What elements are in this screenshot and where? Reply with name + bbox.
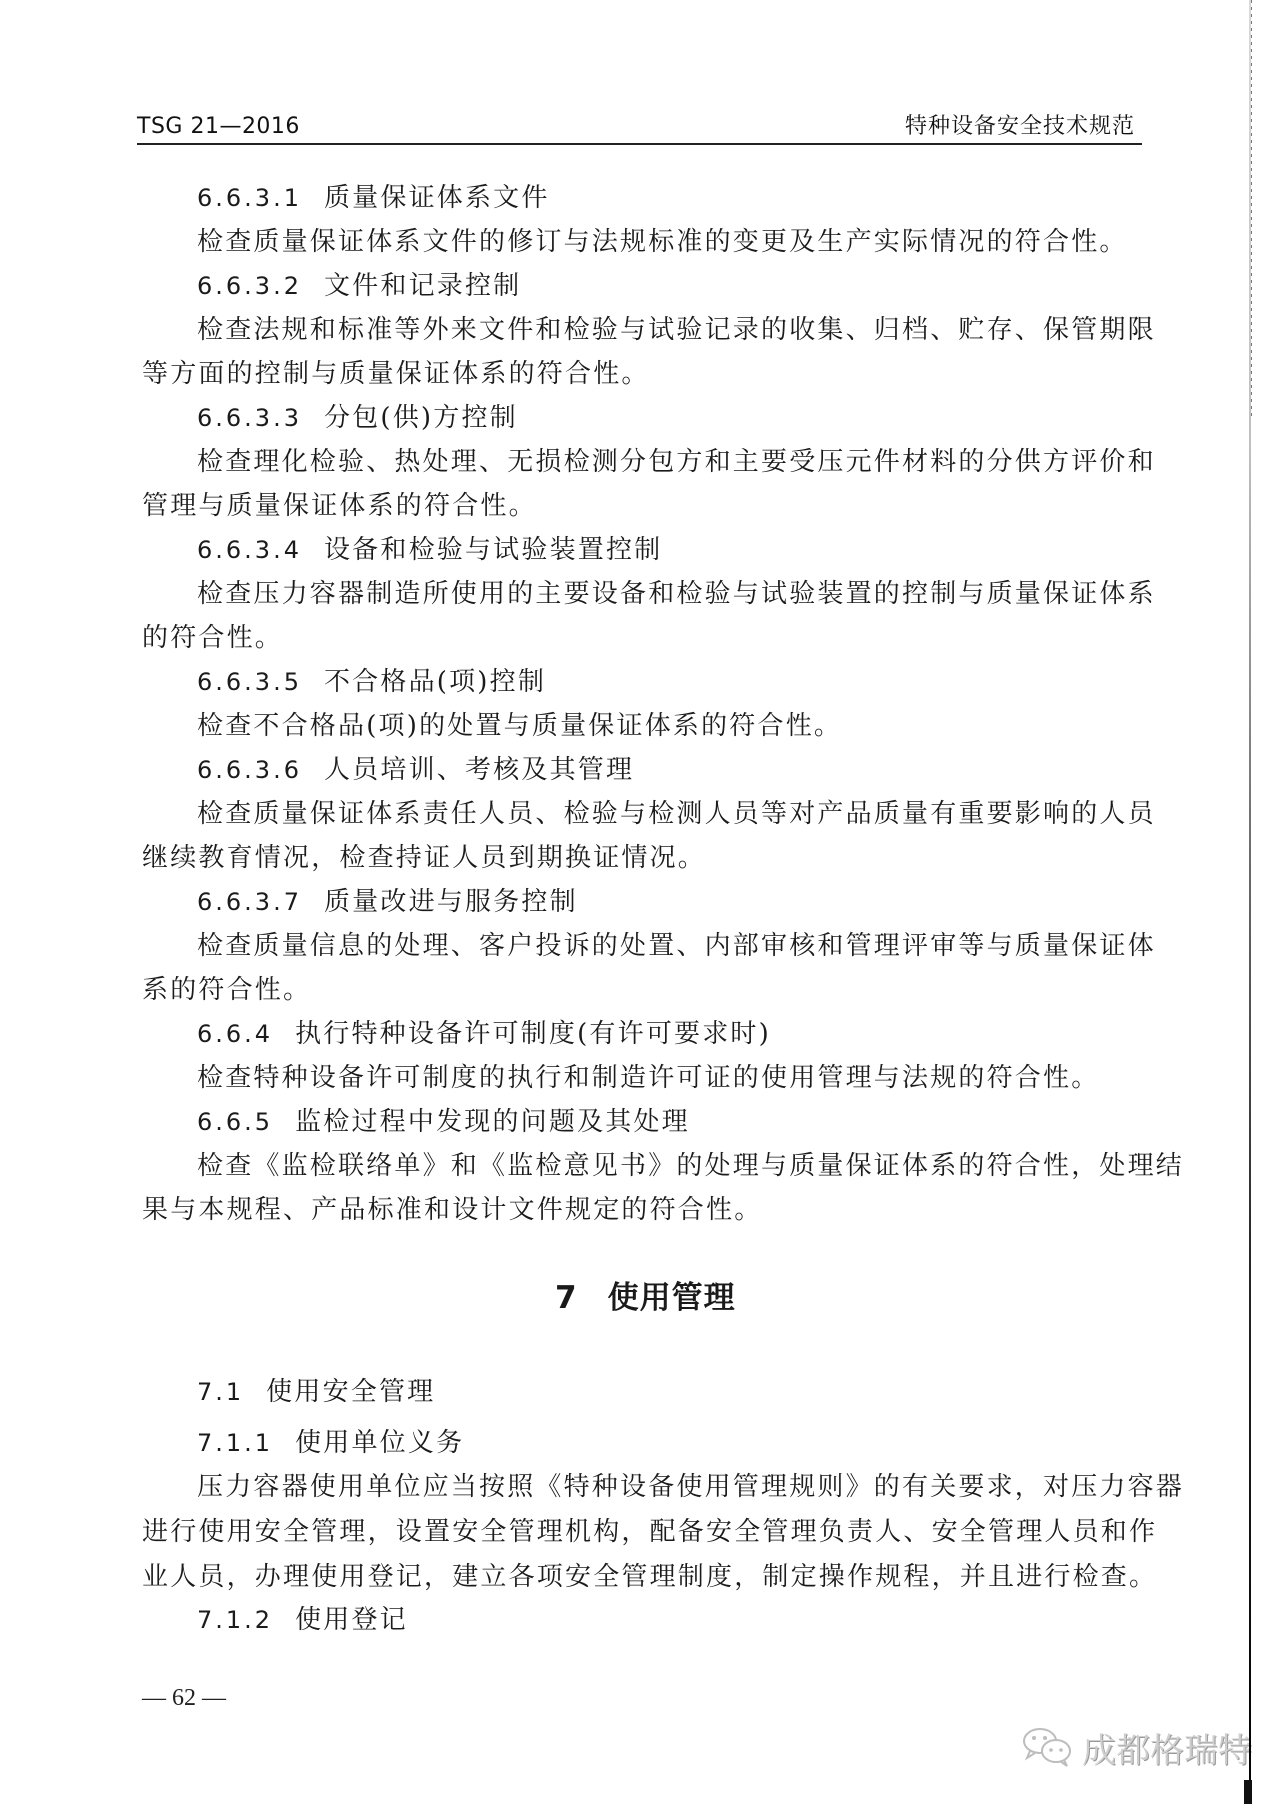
section-number: 6.6.3.7 [197, 888, 302, 916]
page-number: — 62 — [142, 1682, 226, 1714]
scan-edge-dots [1251, 0, 1252, 420]
section-title: 不合格品(项)控制 [324, 667, 546, 697]
chapter-number: 7 [555, 1280, 578, 1316]
paragraph-line: 等方面的控制与质量保证体系的符合性。 [142, 354, 650, 394]
paragraph-line: 检查《监检联络单》和《监检意见书》的处理与质量保证体系的符合性，处理结 [197, 1146, 1184, 1186]
section-number: 6.6.3.4 [197, 536, 302, 564]
section-number: 6.6.5 [197, 1108, 273, 1136]
section-number: 7.1.1 [197, 1429, 273, 1457]
paragraph-line: 检查质量信息的处理、客户投诉的处置、内部审核和管理评审等与质量保证体 [197, 926, 1156, 966]
paragraph-line: 的符合性。 [142, 618, 283, 658]
section-number: 6.6.3.3 [197, 404, 302, 432]
paragraph-line: 检查不合格品(项)的处置与质量保证体系的符合性。 [197, 706, 842, 746]
section-title: 设备和检验与试验装置控制 [324, 535, 662, 565]
section-heading: 6.6.3.3分包(供)方控制 [197, 398, 518, 438]
section-title: 文件和记录控制 [324, 271, 521, 301]
section-title: 质量保证体系文件 [324, 183, 550, 213]
section-title: 使用登记 [295, 1605, 408, 1635]
section-heading: 6.6.4执行特种设备许可制度(有许可要求时) [197, 1014, 771, 1054]
section-title: 分包(供)方控制 [324, 403, 518, 433]
scan-edge-mark [1244, 1780, 1252, 1804]
section-title: 使用单位义务 [295, 1428, 464, 1458]
section-number: 6.6.3.2 [197, 272, 302, 300]
section-title: 质量改进与服务控制 [324, 887, 578, 917]
header-rule [137, 143, 1142, 145]
section-heading: 7.1使用安全管理 [197, 1372, 435, 1412]
section-heading: 6.6.3.7质量改进与服务控制 [197, 882, 578, 922]
paragraph-line: 检查法规和标准等外来文件和检验与试验记录的收集、归档、贮存、保管期限 [197, 310, 1156, 350]
section-title: 监检过程中发现的问题及其处理 [295, 1107, 690, 1137]
paragraph-line: 检查质量保证体系文件的修订与法规标准的变更及生产实际情况的符合性。 [197, 222, 1128, 262]
section-number: 6.6.4 [197, 1020, 273, 1048]
paragraph-line: 检查质量保证体系责任人员、检验与检测人员等对产品质量有重要影响的人员 [197, 794, 1156, 834]
section-heading: 6.6.3.4设备和检验与试验装置控制 [197, 530, 662, 570]
section-heading: 6.6.5监检过程中发现的问题及其处理 [197, 1102, 690, 1142]
paragraph-line: 果与本规程、产品标准和设计文件规定的符合性。 [142, 1190, 762, 1230]
section-heading: 7.1.2使用登记 [197, 1600, 408, 1640]
paragraph-line: 检查压力容器制造所使用的主要设备和检验与试验装置的控制与质量保证体系 [197, 574, 1156, 614]
watermark: 成都格瑞特 [1022, 1727, 1252, 1767]
section-number: 7.1 [197, 1378, 244, 1406]
document-page: TSG 21—2016 特种设备安全技术规范 6.6.3.1质量保证体系文件 检… [0, 0, 1280, 1804]
section-title: 人员培训、考核及其管理 [324, 755, 634, 785]
paragraph-line: 检查特种设备许可制度的执行和制造许可证的使用管理与法规的符合性。 [197, 1058, 1099, 1098]
paragraph-line: 进行使用安全管理，设置安全管理机构，配备安全管理负责人、安全管理人员和作 [142, 1512, 1157, 1552]
chapter-title: 使用管理 [608, 1280, 736, 1316]
section-heading: 6.6.3.1质量保证体系文件 [197, 178, 550, 218]
paragraph-line: 检查理化检验、热处理、无损检测分包方和主要受压元件材料的分供方评价和 [197, 442, 1156, 482]
paragraph-line: 管理与质量保证体系的符合性。 [142, 486, 537, 526]
chapter-heading: 7使用管理 [555, 1278, 736, 1318]
header-series-title: 特种设备安全技术规范 [905, 110, 1135, 144]
header-standard-code: TSG 21—2016 [137, 110, 300, 144]
section-number: 6.6.3.1 [197, 184, 302, 212]
section-heading: 6.6.3.6人员培训、考核及其管理 [197, 750, 634, 790]
paragraph-line: 继续教育情况，检查持证人员到期换证情况。 [142, 838, 706, 878]
section-heading: 7.1.1使用单位义务 [197, 1423, 464, 1463]
paragraph-line: 压力容器使用单位应当按照《特种设备使用管理规则》的有关要求，对压力容器 [197, 1467, 1184, 1507]
wechat-icon [1022, 1726, 1074, 1768]
paragraph-line: 业人员，办理使用登记，建立各项安全管理制度，制定操作规程，并且进行检查。 [142, 1557, 1157, 1597]
section-number: 7.1.2 [197, 1606, 273, 1634]
section-number: 6.6.3.6 [197, 756, 302, 784]
section-heading: 6.6.3.5不合格品(项)控制 [197, 662, 546, 702]
section-heading: 6.6.3.2文件和记录控制 [197, 266, 521, 306]
section-title: 使用安全管理 [266, 1377, 435, 1407]
section-title: 执行特种设备许可制度(有许可要求时) [295, 1019, 771, 1049]
section-number: 6.6.3.5 [197, 668, 302, 696]
paragraph-line: 系的符合性。 [142, 970, 311, 1010]
watermark-text: 成都格瑞特 [1082, 1723, 1252, 1772]
